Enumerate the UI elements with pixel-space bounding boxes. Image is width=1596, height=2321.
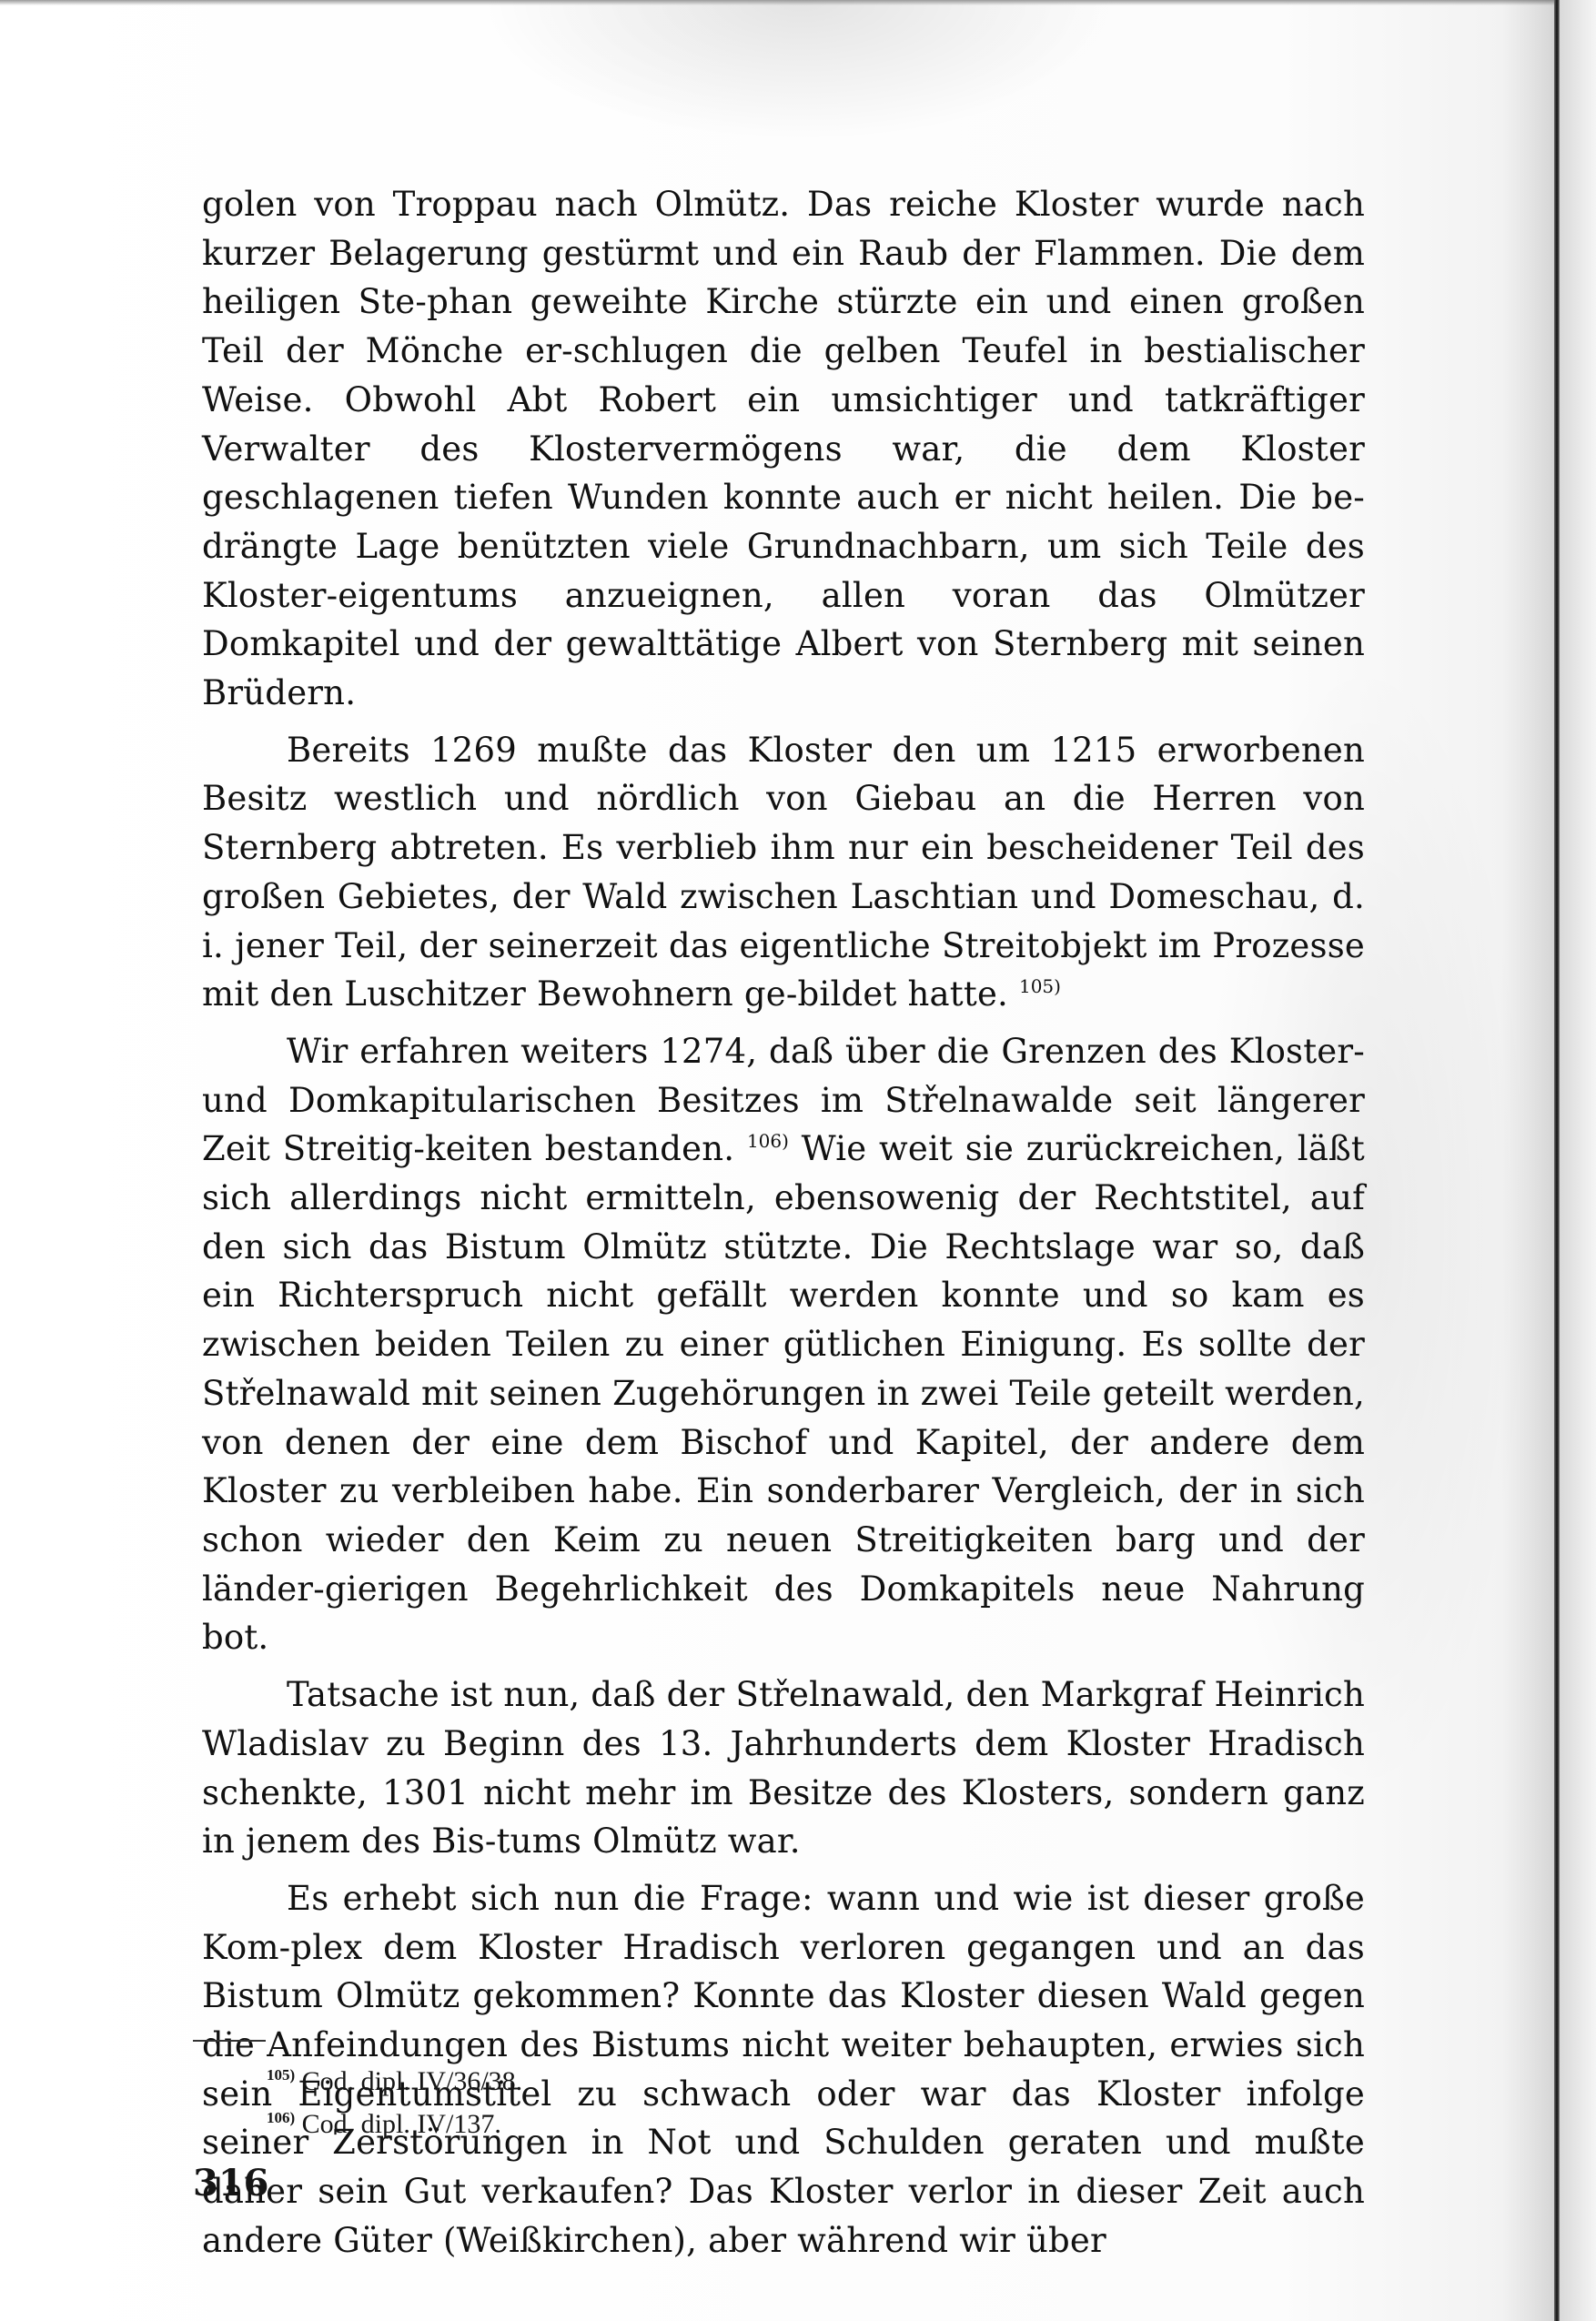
paragraph-4: Tatsache ist nun, daß der Střelnawald, d… — [202, 1670, 1365, 1866]
paragraph-2: Bereits 1269 mußte das Kloster den um 12… — [202, 726, 1365, 1019]
adjacent-page-strip — [1560, 0, 1596, 2321]
paragraph-1-text: golen von Troppau nach Olmütz. Das reich… — [202, 185, 1365, 712]
footnote-text: Cod. dipl. IV/36/38. — [302, 2066, 523, 2096]
paragraph-3-text-b: Wie weit sie zurückreichen, läßt sich al… — [202, 1129, 1365, 1657]
footnote-number: 105) — [267, 2066, 295, 2084]
footnote-reference-105[interactable]: 105) — [1019, 975, 1061, 997]
footnotes: 105) Cod. dipl. IV/36/38. 106) Cod. dipl… — [267, 2060, 522, 2145]
footnote-105: 105) Cod. dipl. IV/36/38. — [267, 2060, 522, 2103]
footnote-number: 106) — [267, 2109, 295, 2126]
paragraph-1: golen von Troppau nach Olmütz. Das reich… — [202, 180, 1365, 718]
page-number: 316 — [193, 2162, 269, 2205]
paragraph-2-text: Bereits 1269 mußte das Kloster den um 12… — [202, 731, 1365, 1014]
footnote-separator-rule — [193, 2040, 266, 2042]
binding-shadow — [1501, 0, 1554, 2321]
paragraph-3: Wir erfahren weiters 1274, daß über die … — [202, 1027, 1365, 1662]
body-text: golen von Troppau nach Olmütz. Das reich… — [202, 180, 1365, 2265]
book-page: golen von Troppau nach Olmütz. Das reich… — [0, 0, 1596, 2321]
footnote-106: 106) Cod. dipl. IV/137. — [267, 2103, 522, 2145]
page-top-edge-shadow — [0, 0, 1596, 5]
paragraph-4-text: Tatsache ist nun, daß der Střelnawald, d… — [202, 1675, 1365, 1861]
footnote-text: Cod. dipl. IV/137. — [302, 2109, 501, 2139]
footnote-reference-106[interactable]: 106) — [747, 1130, 789, 1152]
